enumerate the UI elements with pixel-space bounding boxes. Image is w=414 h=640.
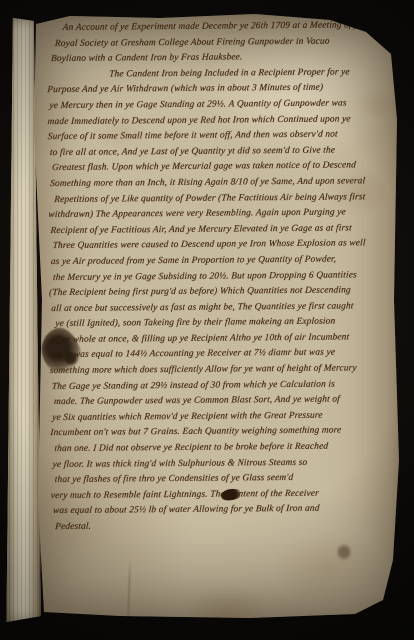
manuscript-page: An Account of ye Experiment made Decembr…	[28, 12, 400, 624]
ink-smudge-below-text	[337, 543, 351, 561]
manuscript-line: Pedestal.	[50, 517, 397, 536]
manuscript-text: An Account of ye Experiment made Decembr…	[46, 18, 396, 536]
